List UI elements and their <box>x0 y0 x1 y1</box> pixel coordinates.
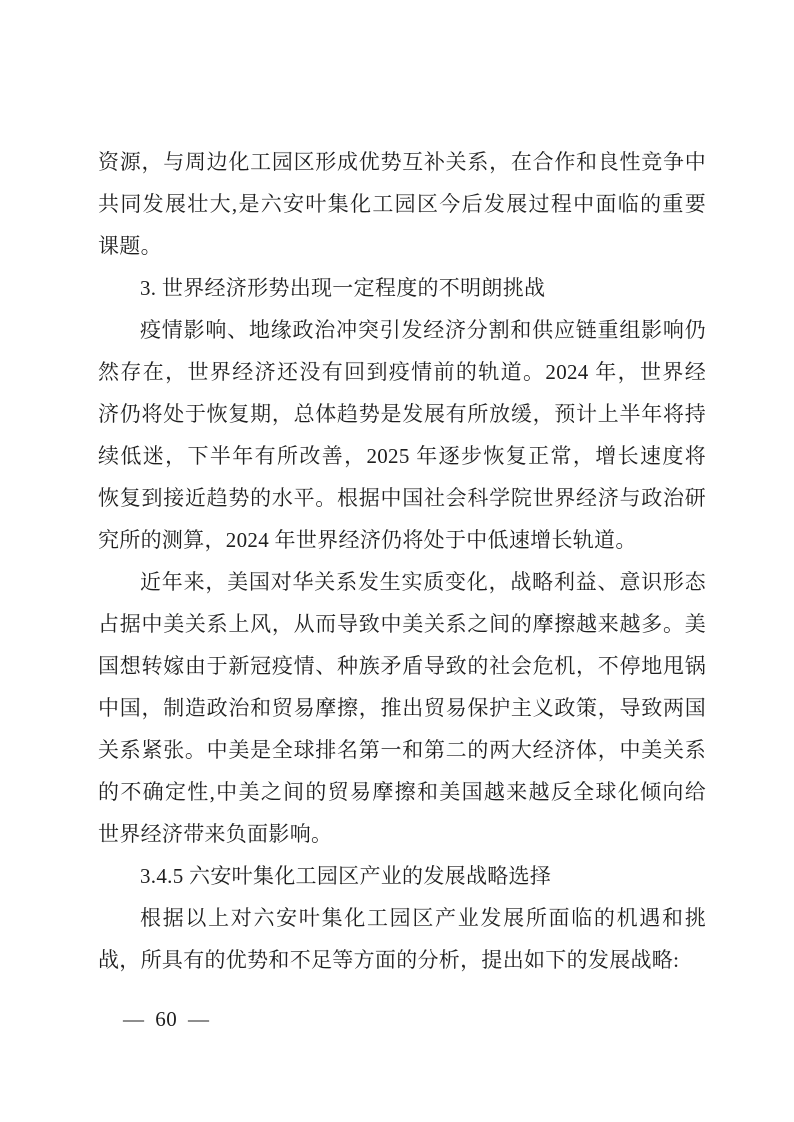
body-line: 世界经济带来负面影响。 <box>98 813 706 855</box>
document-page: 资源，与周边化工园区形成优势互补关系，在合作和良性竞争中 共同发展壮大,是六安叶… <box>0 0 794 1122</box>
body-line: 究所的测算，2024 年世界经济仍将处于中低速增长轨道。 <box>98 519 706 561</box>
body-line: 疫情影响、地缘政治冲突引发经济分割和供应链重组影响仍 <box>98 309 706 351</box>
page-number: — 60 — <box>123 998 210 1040</box>
heading-world-economy: 3. 世界经济形势出现一定程度的不明朗挑战 <box>98 267 706 309</box>
body-line: 续低迷，下半年有所改善，2025 年逐步恢复正常，增长速度将 <box>98 435 706 477</box>
body-line: 济仍将处于恢复期，总体趋势是发展有所放缓，预计上半年将持 <box>98 393 706 435</box>
body-line: 资源，与周边化工园区形成优势互补关系，在合作和良性竞争中 <box>98 141 706 183</box>
body-line: 占据中美关系上风，从而导致中美关系之间的摩擦越来越多。美 <box>98 603 706 645</box>
body-line: 战，所具有的优势和不足等方面的分析，提出如下的发展战略: <box>98 939 706 981</box>
body-line: 近年来，美国对华关系发生实质变化，战略利益、意识形态 <box>98 561 706 603</box>
body-line: 的不确定性,中美之间的贸易摩擦和美国越来越反全球化倾向给 <box>98 771 706 813</box>
document-body: 资源，与周边化工园区形成优势互补关系，在合作和良性竞争中 共同发展壮大,是六安叶… <box>98 141 706 981</box>
body-line: 恢复到接近趋势的水平。根据中国社会科学院世界经济与政治研 <box>98 477 706 519</box>
body-line: 然存在，世界经济还没有回到疫情前的轨道。2024 年，世界经 <box>98 351 706 393</box>
body-line: 课题。 <box>98 225 706 267</box>
body-line: 国想转嫁由于新冠疫情、种族矛盾导致的社会危机，不停地甩锅 <box>98 645 706 687</box>
body-line: 根据以上对六安叶集化工园区产业发展所面临的机遇和挑 <box>98 897 706 939</box>
body-line: 共同发展壮大,是六安叶集化工园区今后发展过程中面临的重要 <box>98 183 706 225</box>
body-line: 中国，制造政治和贸易摩擦，推出贸易保护主义政策，导致两国 <box>98 687 706 729</box>
heading-3-4-5-strategy: 3.4.5 六安叶集化工园区产业的发展战略选择 <box>98 855 706 897</box>
body-line: 关系紧张。中美是全球排名第一和第二的两大经济体，中美关系 <box>98 729 706 771</box>
